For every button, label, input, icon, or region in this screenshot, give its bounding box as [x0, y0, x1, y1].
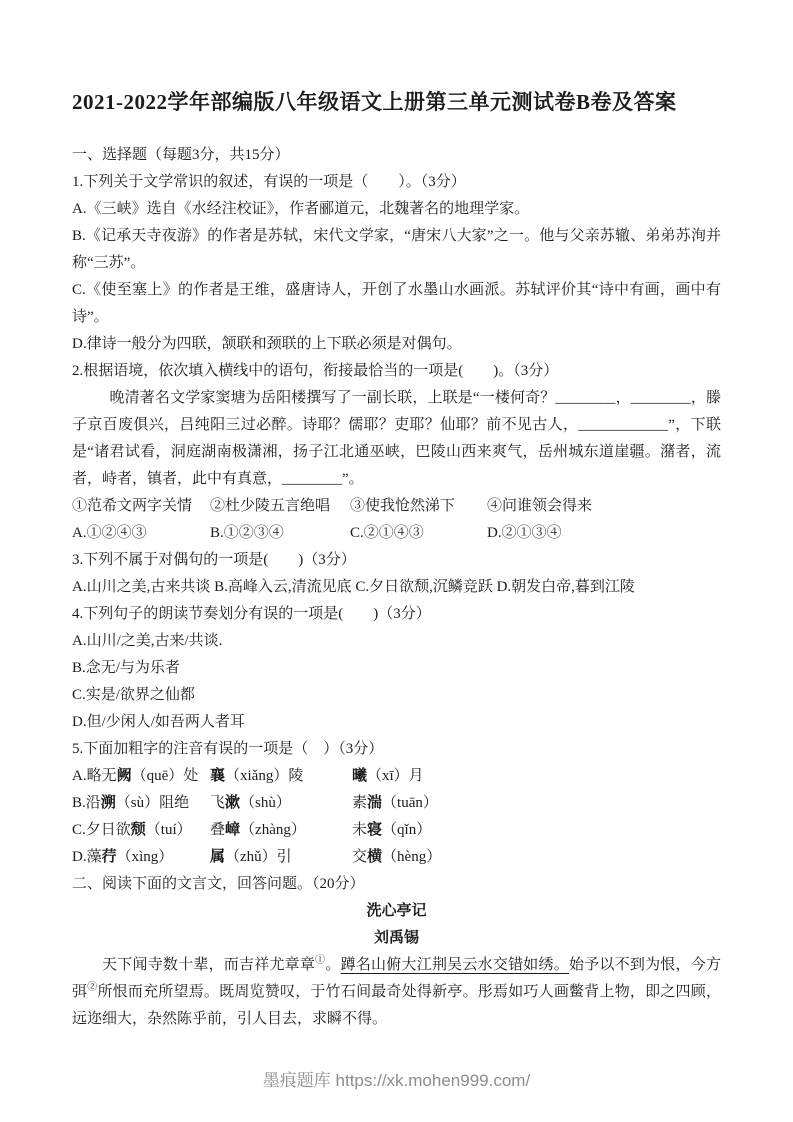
q5-cell: 曦（xī）月 [352, 763, 721, 790]
q5-cell: 襄（xiǎng）陵 [210, 763, 352, 790]
q5-cell: A.略无阙（quē）处 [72, 763, 210, 790]
essay-seg1: 天下闻寺数十辈，而吉祥尤章章 [102, 957, 315, 973]
q5-row-a: A.略无阙（quē）处 襄（xiǎng）陵 曦（xī）月 [72, 763, 721, 790]
q2-item-2: ②杜少陵五言绝唱 [210, 493, 350, 520]
q4-option-d: D.但/少闲人/如吾两人者耳 [72, 709, 721, 736]
q2-item-1: ①范希文两字关情 [72, 493, 210, 520]
q1-option-d: D.律诗一般分为四联，颔联和颈联的上下联必须是对偶句。 [72, 331, 721, 358]
q5-cell: C.夕日欲颓（tuí） [72, 817, 210, 844]
essay-paragraph: 天下闻寺数十辈，而吉祥尤章章①。蹲名山俯大江荆吴云水交错如绣。始予以不到为恨，今… [72, 952, 721, 1033]
q5-cell: B.沿溯（sù）阻绝 [72, 790, 210, 817]
q2-items: ①范希文两字关情 ②杜少陵五言绝唱 ③使我怆然涕下 ④问谁领会得来 [72, 493, 721, 520]
q5-row-d: D.藻荇（xìng） 属（zhǔ）引 交横（hèng） [72, 844, 721, 871]
page-footer: 墨痕题库 https://xk.mohen999.com/ [0, 1066, 793, 1091]
q4-option-b: B.念无/与为乐者 [72, 655, 721, 682]
q5-cell: 叠嶂（zhàng） [210, 817, 352, 844]
q1-option-b: B.《记承天寺夜游》的作者是苏轼，宋代文学家，“唐宋八大家”之一。他与父亲苏辙、… [72, 223, 721, 277]
essay-seg2: 。 [325, 957, 340, 973]
q2-option-d: D.②①③④ [487, 520, 721, 547]
q2-option-a: A.①②④③ [72, 520, 210, 547]
q5-row-c: C.夕日欲颓（tuí） 叠嶂（zhàng） 未寝（qǐn） [72, 817, 721, 844]
q1-stem: 1.下列关于文学常识的叙述，有误的一项是（ ）。（3分） [72, 169, 721, 196]
footnote-marker-2: ② [87, 982, 97, 993]
q5-cell: 飞漱（shù） [210, 790, 352, 817]
q5-cell: 属（zhǔ）引 [210, 844, 352, 871]
q5-stem: 5.下面加粗字的注音有误的一项是（ ）（3分） [72, 736, 721, 763]
q1-option-c: C.《使至塞上》的作者是王维，盛唐诗人，开创了水墨山水画派。苏轼评价其“诗中有画… [72, 277, 721, 331]
section2-heading: 二、阅读下面的文言文，回答问题。（20分） [72, 871, 721, 898]
page-title: 2021-2022学年部编版八年级语文上册第三单元测试卷B卷及答案 [72, 88, 721, 116]
essay-seg4: 所恨而充所望焉。既周览赞叹，于竹石间最奇处得新亭。彤焉如巧人画鳖背上物，即之四顾… [72, 984, 721, 1027]
q5-cell: D.藻荇（xìng） [72, 844, 210, 871]
q2-options: A.①②④③ B.①②③④ C.②①④③ D.②①③④ [72, 520, 721, 547]
q2-option-b: B.①②③④ [210, 520, 350, 547]
essay-underlined-sentence: 蹲名山俯大江荆吴云水交错如绣。 [341, 957, 569, 973]
q4-option-c: C.实是/欲界之仙都 [72, 682, 721, 709]
footnote-marker-1: ① [315, 955, 325, 966]
q3-options-line: A.山川之美,古来共谈 B.高峰入云,清流见底 C.夕日欲颓,沉鳞竞跃 D.朝发… [72, 574, 721, 601]
q5-row-b: B.沿溯（sù）阻绝 飞漱（shù） 素湍（tuān） [72, 790, 721, 817]
q3-stem: 3.下列不属于对偶句的一项是( )（3分） [72, 547, 721, 574]
footer-site-link[interactable]: 墨痕题库 https://xk.mohen999.com/ [263, 1071, 530, 1090]
essay-title: 洗心亭记 [72, 898, 721, 925]
q2-passage: 晚清著名文学家窦塘为岳阳楼撰写了一副长联，上联是“一楼何奇？________，_… [72, 385, 721, 493]
q2-option-c: C.②①④③ [350, 520, 487, 547]
q5-cell: 素湍（tuān） [352, 790, 721, 817]
q5-cell: 未寝（qǐn） [352, 817, 721, 844]
q4-stem: 4.下列句子的朗读节奏划分有误的一项是( )（3分） [72, 601, 721, 628]
section1-heading: 一、选择题（每题3分，共15分） [72, 142, 721, 169]
q5-cell: 交横（hèng） [352, 844, 721, 871]
q2-stem: 2.根据语境，依次填入横线中的语句，衔接最恰当的一项是( )。（3分） [72, 358, 721, 385]
q2-item-3: ③使我怆然涕下 [350, 493, 487, 520]
q1-option-a: A.《三峡》选自《水经注校证》，作者郦道元，北魏著名的地理学家。 [72, 196, 721, 223]
essay-author: 刘禹锡 [72, 925, 721, 952]
q4-option-a: A.山川/之美,古来/共谈. [72, 628, 721, 655]
document-page: 2021-2022学年部编版八年级语文上册第三单元测试卷B卷及答案 一、选择题（… [0, 0, 793, 1122]
q2-item-4: ④问谁领会得来 [487, 493, 721, 520]
